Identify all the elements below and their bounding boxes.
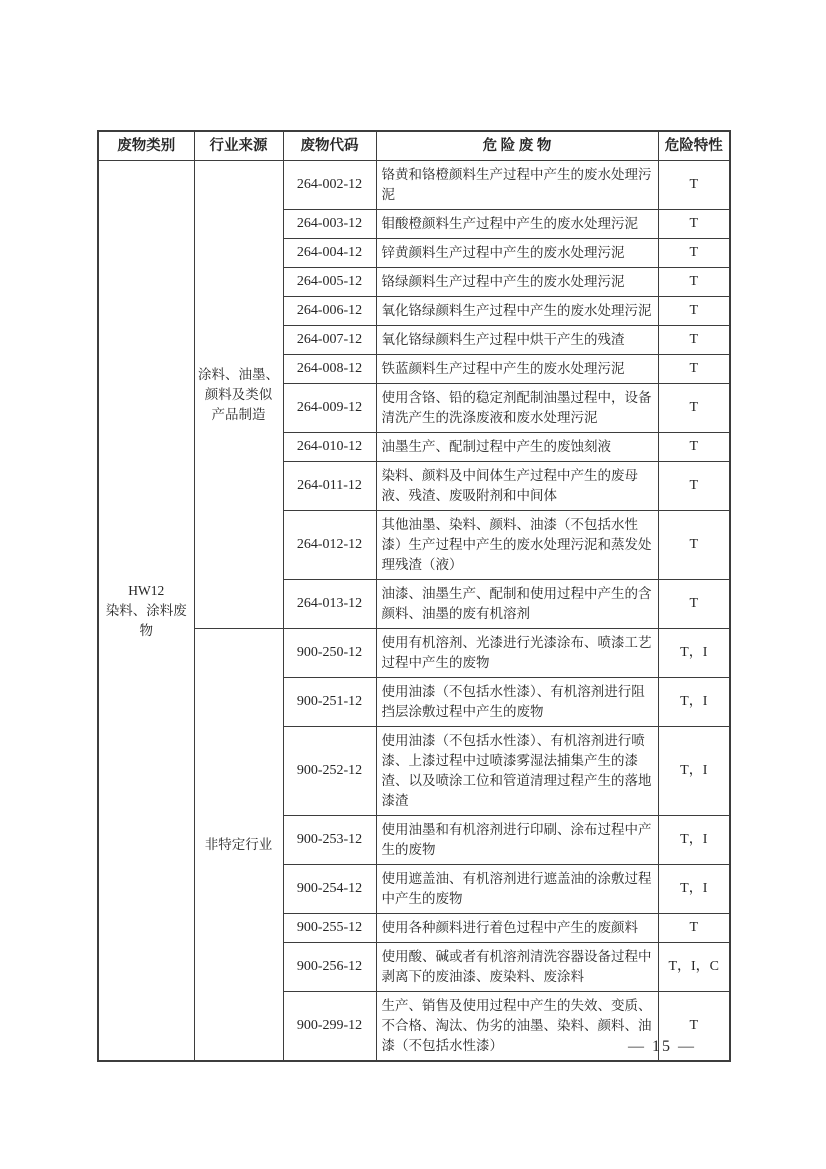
- waste-code-cell: 900-299-12: [283, 992, 376, 1062]
- waste-description-cell: 使用各种颜料进行着色过程中产生的废颜料: [376, 914, 658, 943]
- hazard-property-cell: T: [658, 355, 730, 384]
- waste-code-cell: 264-004-12: [283, 239, 376, 268]
- waste-category-cell: HW12 染料、涂料废物: [98, 161, 194, 1062]
- waste-code-cell: 264-002-12: [283, 161, 376, 210]
- table-row: HW12 染料、涂料废物 涂料、油墨、 颜料及类似 产品制造 264-002-1…: [98, 161, 730, 210]
- waste-description-cell: 锌黄颜料生产过程中产生的废水处理污泥: [376, 239, 658, 268]
- waste-code-cell: 264-005-12: [283, 268, 376, 297]
- hazard-property-cell: T，I: [658, 629, 730, 678]
- hazard-property-cell: T: [658, 239, 730, 268]
- waste-code-cell: 264-009-12: [283, 384, 376, 433]
- waste-description-cell: 染料、颜料及中间体生产过程中产生的废母液、残渣、废吸附剂和中间体: [376, 462, 658, 511]
- col-header-waste-code: 废物代码: [283, 131, 376, 161]
- waste-description-cell: 使用酸、碱或者有机溶剂清洗容器设备过程中剥离下的废油漆、废染料、废涂料: [376, 943, 658, 992]
- waste-code-cell: 264-012-12: [283, 511, 376, 580]
- document-page: 废物类别 行业来源 废物代码 危 险 废 物 危险特性 HW12 染料、涂料废物…: [0, 0, 826, 1169]
- col-header-industry-source: 行业来源: [194, 131, 283, 161]
- waste-code-cell: 264-007-12: [283, 326, 376, 355]
- waste-description-cell: 铁蓝颜料生产过程中产生的废水处理污泥: [376, 355, 658, 384]
- hazard-property-cell: T: [658, 580, 730, 629]
- header-row: 废物类别 行业来源 废物代码 危 险 废 物 危险特性: [98, 131, 730, 161]
- waste-description-cell: 油漆、油墨生产、配制和使用过程中产生的含颜料、油墨的废有机溶剂: [376, 580, 658, 629]
- waste-code-cell: 264-003-12: [283, 210, 376, 239]
- waste-description-cell: 铬绿颜料生产过程中产生的废水处理污泥: [376, 268, 658, 297]
- waste-description-cell: 钼酸橙颜料生产过程中产生的废水处理污泥: [376, 210, 658, 239]
- industry-source-cell: 涂料、油墨、 颜料及类似 产品制造: [194, 161, 283, 629]
- hazardous-waste-table: 废物类别 行业来源 废物代码 危 险 废 物 危险特性 HW12 染料、涂料废物…: [97, 130, 731, 1062]
- hazard-property-cell: T: [658, 326, 730, 355]
- hazard-property-cell: T: [658, 433, 730, 462]
- hazard-property-cell: T，I: [658, 727, 730, 816]
- waste-code-cell: 264-008-12: [283, 355, 376, 384]
- waste-description-cell: 使用遮盖油、有机溶剂进行遮盖油的涂敷过程中产生的废物: [376, 865, 658, 914]
- hazard-property-cell: T: [658, 210, 730, 239]
- hazard-property-cell: T，I，C: [658, 943, 730, 992]
- hazard-property-cell: T: [658, 462, 730, 511]
- waste-code-cell: 900-251-12: [283, 678, 376, 727]
- waste-description-cell: 使用含铬、铅的稳定剂配制油墨过程中，设备清洗产生的洗涤废液和废水处理污泥: [376, 384, 658, 433]
- waste-code-cell: 900-254-12: [283, 865, 376, 914]
- hazard-property-cell: T，I: [658, 678, 730, 727]
- hazard-property-cell: T: [658, 297, 730, 326]
- waste-code-cell: 900-250-12: [283, 629, 376, 678]
- waste-description-cell: 铬黄和铬橙颜料生产过程中产生的废水处理污泥: [376, 161, 658, 210]
- waste-code-cell: 900-255-12: [283, 914, 376, 943]
- industry-source-cell: 非特定行业: [194, 629, 283, 1062]
- page-number: — 15 —: [628, 1038, 696, 1056]
- hazard-property-cell: T，I: [658, 865, 730, 914]
- col-header-hazardous-waste: 危 险 废 物: [376, 131, 658, 161]
- hazard-property-cell: T: [658, 511, 730, 580]
- hazard-property-cell: T: [658, 914, 730, 943]
- waste-code-cell: 900-253-12: [283, 816, 376, 865]
- waste-description-cell: 使用油墨和有机溶剂进行印刷、涂布过程中产生的废物: [376, 816, 658, 865]
- col-header-waste-category: 废物类别: [98, 131, 194, 161]
- col-header-hazard-property: 危险特性: [658, 131, 730, 161]
- waste-code-cell: 264-013-12: [283, 580, 376, 629]
- waste-code-cell: 264-006-12: [283, 297, 376, 326]
- hazard-property-cell: T，I: [658, 816, 730, 865]
- waste-description-cell: 生产、销售及使用过程中产生的失效、变质、不合格、淘汰、伪劣的油墨、染料、颜料、油…: [376, 992, 658, 1062]
- hazard-property-cell: T: [658, 384, 730, 433]
- waste-code-cell: 264-011-12: [283, 462, 376, 511]
- waste-description-cell: 其他油墨、染料、颜料、油漆（不包括水性漆）生产过程中产生的废水处理污泥和蒸发处理…: [376, 511, 658, 580]
- waste-code-cell: 900-252-12: [283, 727, 376, 816]
- waste-description-cell: 氧化铬绿颜料生产过程中产生的废水处理污泥: [376, 297, 658, 326]
- waste-code-cell: 264-010-12: [283, 433, 376, 462]
- waste-description-cell: 油墨生产、配制过程中产生的废蚀刻液: [376, 433, 658, 462]
- waste-description-cell: 氧化铬绿颜料生产过程中烘干产生的残渣: [376, 326, 658, 355]
- waste-description-cell: 使用油漆（不包括水性漆）、有机溶剂进行阻挡层涂敷过程中产生的废物: [376, 678, 658, 727]
- waste-description-cell: 使用油漆（不包括水性漆）、有机溶剂进行喷漆、上漆过程中过喷漆雾湿法捕集产生的漆渣…: [376, 727, 658, 816]
- hazard-property-cell: T: [658, 161, 730, 210]
- waste-description-cell: 使用有机溶剂、光漆进行光漆涂布、喷漆工艺过程中产生的废物: [376, 629, 658, 678]
- hazard-property-cell: T: [658, 268, 730, 297]
- waste-code-cell: 900-256-12: [283, 943, 376, 992]
